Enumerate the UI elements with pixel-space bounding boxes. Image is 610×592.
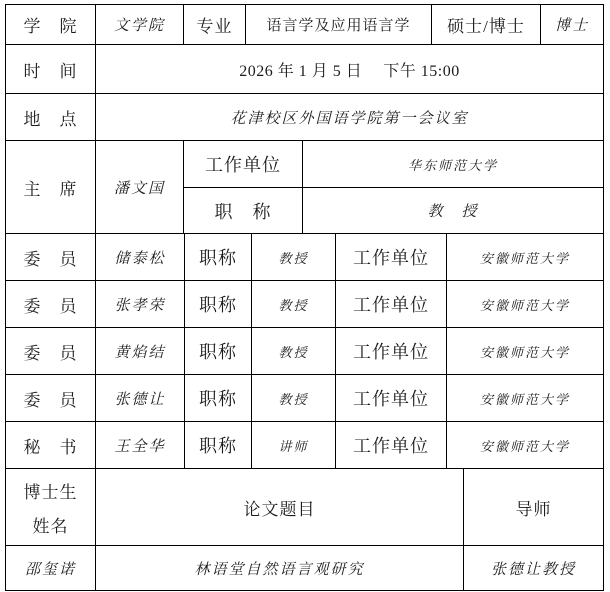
member-name: 张德让 <box>96 375 185 421</box>
chair-unit-row: 工作单位 华东师范大学 <box>184 141 603 188</box>
secretary-title-label: 职称 <box>185 422 252 468</box>
row-college: 学 院 文学院 专业 语言学及应用语言学 硕士/博士 博士 <box>6 5 603 45</box>
chair-title-label: 职 称 <box>184 188 303 233</box>
member-role: 委 员 <box>6 281 96 327</box>
member-row: 委 员 张德让 职称 教授 工作单位 安徽师范大学 <box>6 375 603 422</box>
major-value: 语言学及应用语言学 <box>246 5 432 44</box>
member-row: 委 员 黄焰结 职称 教授 工作单位 安徽师范大学 <box>6 328 603 375</box>
member-name: 黄焰结 <box>96 328 185 374</box>
time-value: 2026 年 1 月 5 日 下午 15:00 <box>96 45 603 93</box>
member-unit: 安徽师范大学 <box>447 328 603 374</box>
member-title: 教授 <box>252 328 336 374</box>
degree-value: 博士 <box>541 5 603 44</box>
chair-name: 潘文国 <box>96 141 184 233</box>
student-name-label-line1: 博士生 <box>24 478 78 503</box>
member-role: 委 员 <box>6 328 96 374</box>
row-time: 时 间 2026 年 1 月 5 日 下午 15:00 <box>6 45 603 94</box>
chair-title-row: 职 称 教 授 <box>184 188 603 233</box>
member-title-label: 职称 <box>185 328 252 374</box>
row-chair: 主 席 潘文国 工作单位 华东师范大学 职 称 教 授 <box>6 141 603 234</box>
time-label: 时 间 <box>6 45 96 93</box>
thesis-title: 林语堂自然语言观研究 <box>96 546 464 590</box>
chair-title-value: 教 授 <box>303 188 603 233</box>
member-unit: 安徽师范大学 <box>447 375 603 421</box>
student-header-row: 博士生 姓名 论文题目 导师 <box>6 469 603 546</box>
member-row: 委 员 储泰松 职称 教授 工作单位 安徽师范大学 <box>6 234 603 281</box>
student-name-label: 博士生 姓名 <box>6 469 96 545</box>
major-label: 专业 <box>184 5 246 44</box>
venue-label: 地 点 <box>6 94 96 140</box>
college-label: 学 院 <box>6 5 96 44</box>
thesis-title-label: 论文题目 <box>96 469 464 545</box>
member-unit-label: 工作单位 <box>336 234 447 280</box>
venue-value: 花津校区外国语学院第一会议室 <box>96 94 603 140</box>
student-name-label-line2: 姓名 <box>33 512 69 537</box>
degree-type-label: 硕士/博士 <box>432 5 541 44</box>
secretary-unit-label: 工作单位 <box>336 422 447 468</box>
college-value: 文学院 <box>96 5 184 44</box>
member-title-label: 职称 <box>185 281 252 327</box>
member-unit-label: 工作单位 <box>336 375 447 421</box>
secretary-title: 讲师 <box>252 422 336 468</box>
member-name: 张孝荣 <box>96 281 185 327</box>
student-name: 邵玺诺 <box>6 546 96 590</box>
member-unit: 安徽师范大学 <box>447 281 603 327</box>
chair-unit-value: 华东师范大学 <box>303 141 603 187</box>
student-row: 邵玺诺 林语堂自然语言观研究 张德让教授 <box>6 546 603 590</box>
secretary-role: 秘 书 <box>6 422 96 468</box>
member-name: 储泰松 <box>96 234 185 280</box>
row-venue: 地 点 花津校区外国语学院第一会议室 <box>6 94 603 141</box>
secretary-row: 秘 书 王全华 职称 讲师 工作单位 安徽师范大学 <box>6 422 603 469</box>
member-title-label: 职称 <box>185 375 252 421</box>
chair-unit-label: 工作单位 <box>184 141 303 187</box>
member-role: 委 员 <box>6 234 96 280</box>
member-title: 教授 <box>252 281 336 327</box>
advisor-label: 导师 <box>464 469 603 545</box>
advisor-name: 张德让教授 <box>464 546 603 590</box>
chair-label: 主 席 <box>6 141 96 233</box>
member-row: 委 员 张孝荣 职称 教授 工作单位 安徽师范大学 <box>6 281 603 328</box>
member-title: 教授 <box>252 375 336 421</box>
member-role: 委 员 <box>6 375 96 421</box>
member-unit: 安徽师范大学 <box>447 234 603 280</box>
secretary-unit: 安徽师范大学 <box>447 422 603 468</box>
chair-details: 工作单位 华东师范大学 职 称 教 授 <box>184 141 603 233</box>
member-unit-label: 工作单位 <box>336 281 447 327</box>
member-unit-label: 工作单位 <box>336 328 447 374</box>
defense-info-table: 学 院 文学院 专业 语言学及应用语言学 硕士/博士 博士 时 间 2026 年… <box>5 4 604 591</box>
member-title: 教授 <box>252 234 336 280</box>
member-title-label: 职称 <box>185 234 252 280</box>
secretary-name: 王全华 <box>96 422 185 468</box>
